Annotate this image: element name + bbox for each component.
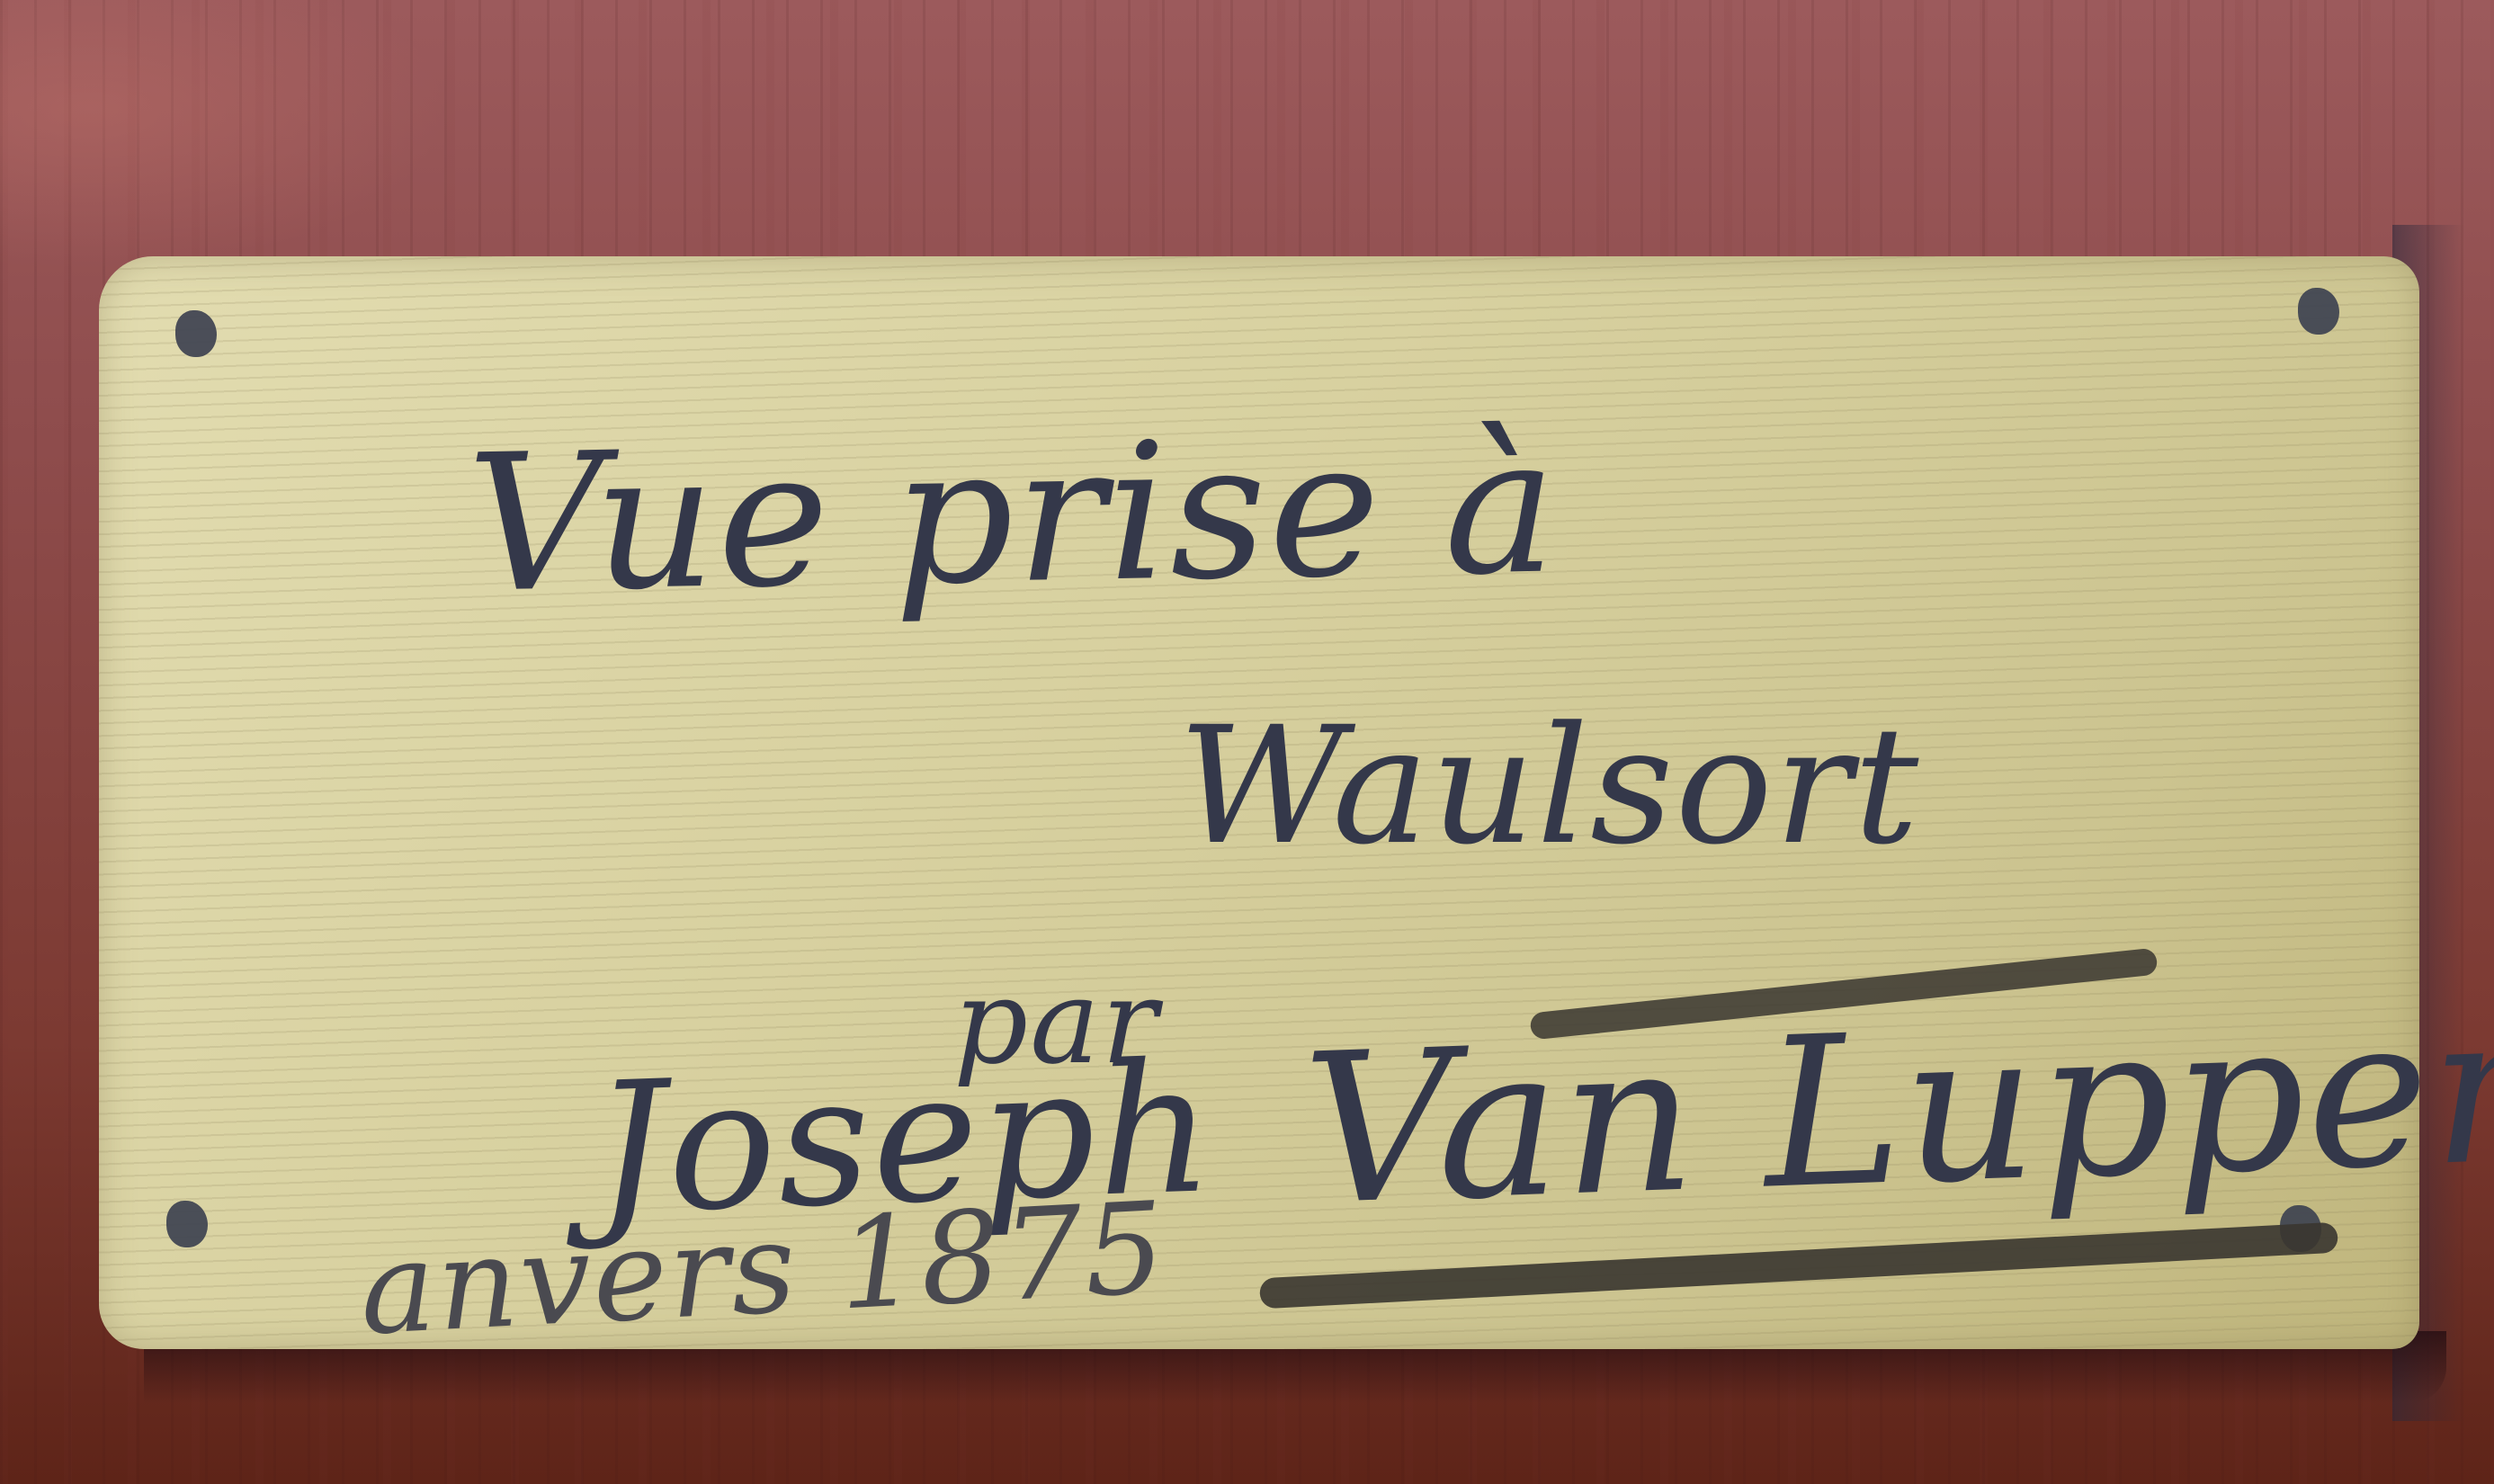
tack-top-left-icon <box>175 310 217 357</box>
inscription-line-title: Vue prise à <box>466 395 1560 634</box>
inscription-line-place: Waulsort <box>1178 693 1920 881</box>
inscription-line-surname: Van Luppen <box>1301 968 2494 1252</box>
wood-highlight <box>0 0 450 270</box>
tack-top-right-icon <box>2298 288 2339 335</box>
tack-bottom-left-icon <box>166 1201 208 1247</box>
